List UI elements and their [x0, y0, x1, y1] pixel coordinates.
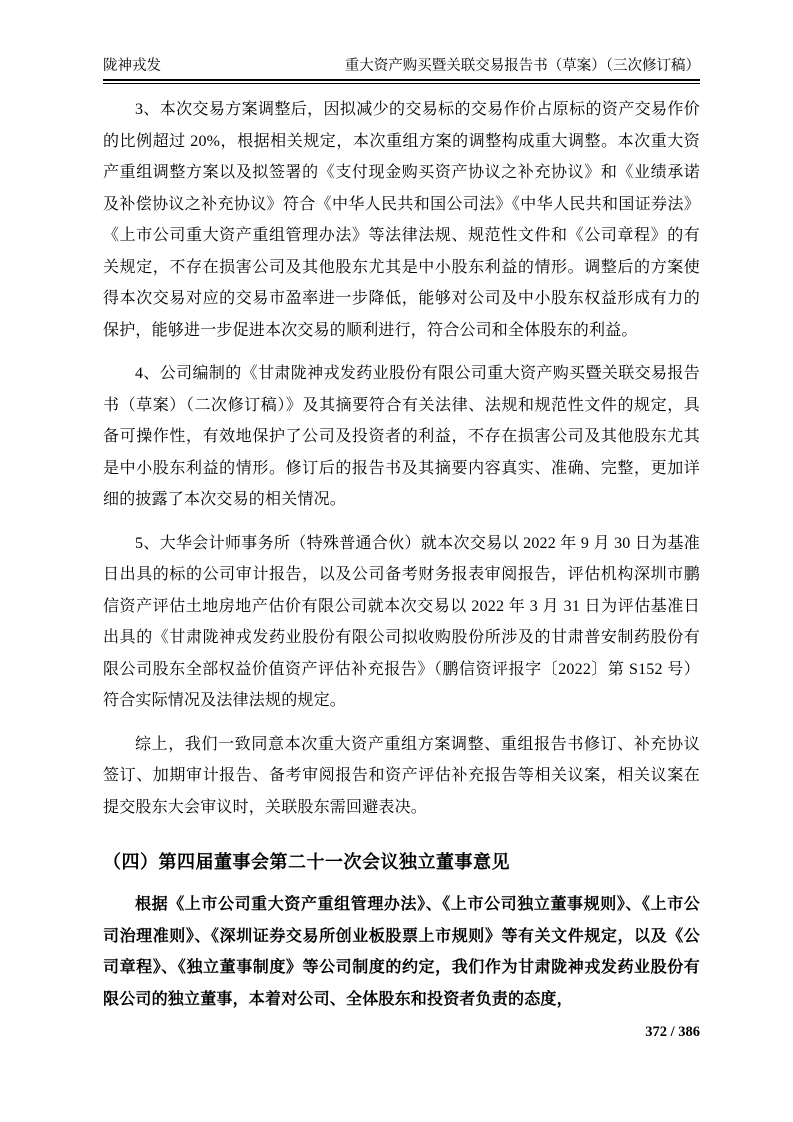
header-report-title: 重大资产购买暨关联交易报告书（草案）（三次修订稿）: [345, 56, 700, 76]
independent-directors-opinion-paragraph: 根据《上市公司重大资产重组管理办法》、《上市公司独立董事规则》、《上市公司治理准…: [103, 889, 700, 1015]
body-paragraph-5: 5、大华会计师事务所（特殊普通合伙）就本次交易以 2022 年 9 月 30 日…: [103, 528, 700, 717]
document-page: 陇神戎发 重大资产购买暨关联交易报告书（草案）（三次修订稿） 3、本次交易方案调…: [0, 0, 793, 1122]
page-header: 陇神戎发 重大资产购买暨关联交易报告书（草案）（三次修订稿）: [103, 56, 700, 84]
body-paragraph-4: 4、公司编制的《甘肃陇神戎发药业股份有限公司重大资产购买暨关联交易报告书（草案）…: [103, 358, 700, 516]
body-paragraph-3: 3、本次交易方案调整后，因拟减少的交易标的交易作价占原标的资产交易作价的比例超过…: [103, 94, 700, 346]
body-paragraph-summary: 综上，我们一致同意本次重大资产重组方案调整、重组报告书修订、补充协议签订、加期审…: [103, 729, 700, 824]
section-heading: （四）第四届董事会第二十一次会议独立董事意见: [103, 845, 700, 879]
header-rule-thin: [103, 83, 700, 84]
page-number: 372 / 386: [645, 1024, 700, 1040]
page-footer: 372 / 386: [103, 1022, 700, 1042]
document-body: 3、本次交易方案调整后，因拟减少的交易标的交易作价占原标的资产交易作价的比例超过…: [103, 94, 700, 1019]
header-company-name: 陇神戎发: [103, 56, 161, 76]
header-rule-thick: [103, 79, 700, 81]
